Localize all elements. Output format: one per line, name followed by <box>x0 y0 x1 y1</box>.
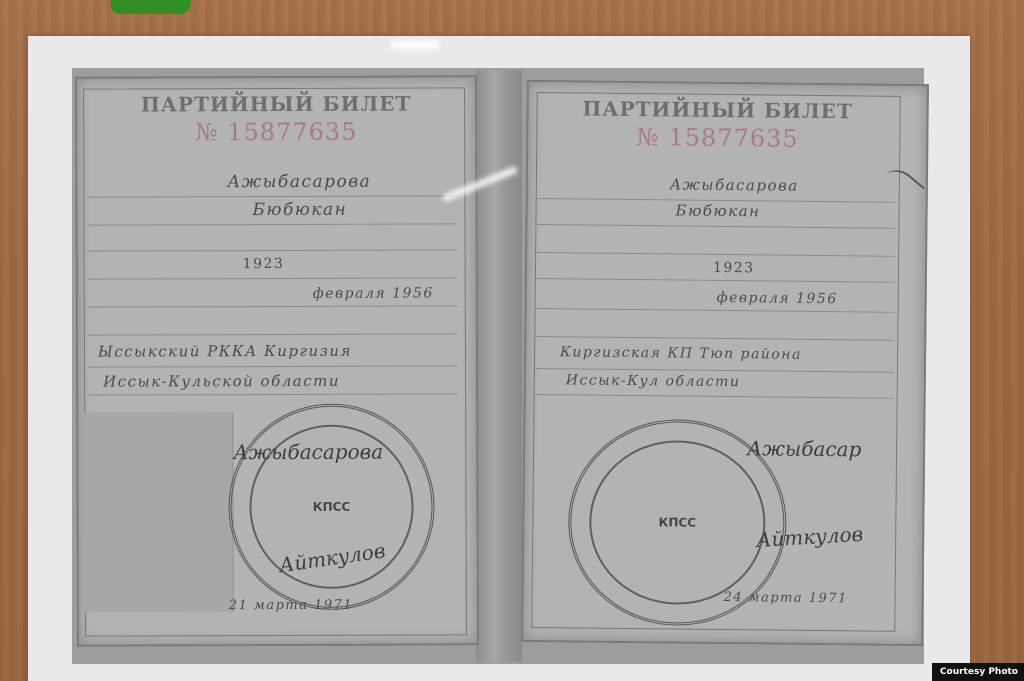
right-name: Бюбюкан <box>676 201 761 220</box>
left-card-number: № 15877635 <box>77 117 475 146</box>
left-card-page: ПАРТИЙНЫЙ БИЛЕТ № 15877635 Ажыбасарова Б… <box>75 75 479 646</box>
left-photo-slot <box>82 412 234 613</box>
right-card-title: ПАРТИЙНЫЙ БИЛЕТ <box>509 96 927 124</box>
card-spine <box>476 70 522 662</box>
right-birth-year: 1923 <box>713 260 755 276</box>
left-date: 21 марта 1971 <box>229 598 353 613</box>
right-signature-1: Ажыбасар <box>747 436 861 461</box>
right-surname: Ажыбасарова <box>670 175 799 194</box>
left-birth-year: 1923 <box>243 256 285 272</box>
left-joined: февраля 1956 <box>313 285 434 301</box>
green-sticker <box>109 0 191 14</box>
left-name: Бюбюкан <box>252 200 347 220</box>
stamp-text: КПСС <box>659 515 697 529</box>
left-signature-1: Ажыбасарова <box>233 440 383 465</box>
left-surname: Ажыбасарова <box>227 172 371 193</box>
right-date: 24 марта 1971 <box>723 590 847 606</box>
left-organization-2: Иссык-Кульской области <box>103 372 340 391</box>
right-organization-2: Иссык-Кул области <box>566 372 741 390</box>
left-card-title: ПАРТИЙНЫЙ БИЛЕТ <box>77 91 475 116</box>
left-party-stamp: КПСС <box>228 403 435 610</box>
stamp-text: КПСС <box>313 500 351 514</box>
right-card-page: ПАРТИЙНЫЙ БИЛЕТ № 15877635 Ажыбасарова Б… <box>521 80 929 646</box>
right-organization-1: Киргизская КП Тюп района <box>560 344 802 363</box>
right-card-number: № 15877635 <box>508 122 926 154</box>
right-joined: февраля 1956 <box>717 290 838 307</box>
light-glare-top <box>390 40 440 50</box>
photo-credit: Courtesy Photo <box>932 663 1024 681</box>
left-organization-1: Ыссыкский РККА Киргизия <box>98 342 352 361</box>
